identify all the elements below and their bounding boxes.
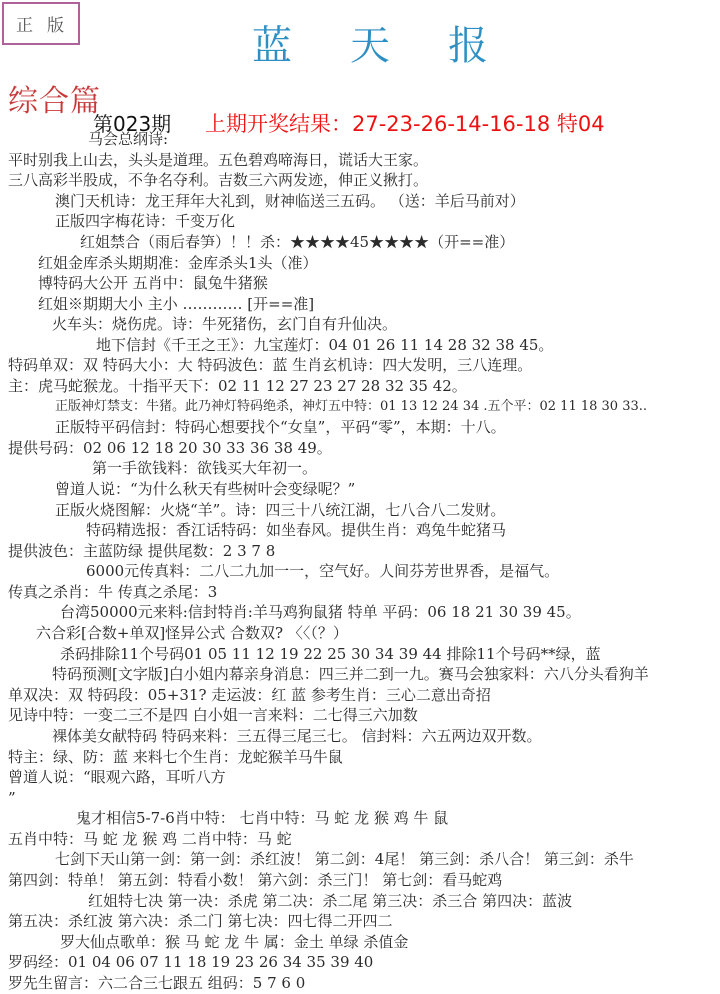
article-line: 六合彩[合数+单双]怪异公式 合数双? 〈〈（？）: [36, 622, 348, 644]
article-line: 特码单双：双 特码大小：大 特码波色：蓝 生肖玄机诗：四大发明，三八连理。: [8, 354, 532, 376]
title-char-2: 天: [350, 14, 390, 71]
article-line: 见诗中特：一变二三不是四 白小姐一言来料：二七得三六加数: [8, 704, 418, 726]
article-line: 五肖中特：马 蛇 龙 猴 鸡 二肖中特：马 蛇: [8, 828, 292, 850]
article-line: 正版特平码信封：特码心想要找个“女皇”，平码“零”，本期：十八。: [55, 416, 506, 438]
article-line: 红姐金库杀头期期准：金库杀头1头（准）: [38, 252, 318, 274]
article-line: 传真之杀肖：牛 传真之杀尾：3: [8, 581, 217, 603]
article-line: 第五决：杀红波 第六决：杀二门 第七决：四七得二开四二: [8, 910, 393, 932]
article-line: 红姐禁合（雨后春笋）！！杀：★★★★45★★★★（开==准）: [80, 231, 514, 253]
article-line: 正版神灯禁支：牛猪。此乃神灯特码绝杀，神灯五中特：01 13 12 24 34 …: [55, 396, 647, 418]
article-line: 红姐※期期大小 主小 ………… [开==准]: [38, 293, 314, 315]
article-line: 平时别我上山去，头头是道理。五色碧鸡啼海日，谎话大王家。: [8, 149, 428, 171]
article-line: 曾道人说：“为什么秋天有些树叶会变绿呢？”: [55, 478, 355, 500]
article-line: 鬼才相信5-7-6肖中特： 七肖中特：马 蛇 龙 猴 鸡 牛 鼠: [76, 807, 448, 829]
article-line: 台湾50000元来料:信封特肖:羊马鸡狗鼠猪 特单 平码：06 18 21 30…: [60, 601, 581, 623]
article-line: 三八高彩半股成，不争名夺利。吉数三六两发迹，伸正义揪打。: [8, 169, 428, 191]
article-line: 主：虎马蛇猴龙。十指平天下：02 11 12 27 23 27 28 32 35…: [8, 375, 467, 397]
article-line: 提供波色：主蓝防绿 提供尾数：2 3 7 8: [8, 540, 275, 562]
footer-line: 罗先生留言：六二合三七跟五 组码：5 7 6 0: [8, 972, 305, 994]
article-line: 七剑下天山第一剑：第一剑：杀红波！ 第二剑：4尾！ 第三剑：杀八合！ 第三剑：杀…: [55, 848, 634, 870]
article-line: 特码精选报：香江话特码：如坐春风。提供生肖：鸡兔牛蛇猪马: [86, 519, 506, 541]
article-line: 马会总纲诗:: [88, 128, 168, 150]
last-draw-result: 上期开奖结果：27-23-26-14-16-18 特04: [205, 108, 605, 138]
genuine-edition-badge: 正版: [2, 2, 80, 45]
article-line: 第四剑：特单！ 第五剑：特看小数！ 第六剑：杀三门！ 第七剑：看马蛇鸡: [8, 869, 502, 891]
article-line: 澳门天机诗：龙王拜年大礼到，财神临送三五码。 （送：羊后马前对）: [55, 190, 525, 212]
article-line: 特主：绿、防：蓝 来料七个生肖：龙蛇猴羊马牛鼠: [8, 746, 343, 768]
footer-line: 罗码经：01 04 06 07 11 18 19 23 26 34 35 39 …: [8, 951, 373, 973]
article-line: 正版四字梅花诗：千变万化: [55, 210, 235, 232]
article-line: 第一手欲钱料：欲钱买大年初一。: [92, 457, 317, 479]
title-char-3: 报: [448, 14, 488, 71]
article-line: 特码预测[文字版]白小姐内幕亲身消息：四三并二到一九。赛马会独家料：六八分头看狗…: [52, 663, 649, 685]
article-line: 杀码排除11个号码01 05 11 12 19 22 25 30 34 39 4…: [60, 643, 601, 665]
article-line: 曾道人说：“眼观六路，耳听八方: [8, 766, 226, 788]
article-line: 单双决：双 特码段：05+31? 走运波：红 蓝 参考生肖：三心二意出奇招: [8, 684, 491, 706]
article-line: 红姐特七决 第一决：杀虎 第二决：杀二尾 第三决：杀三合 第四决：蓝波: [88, 890, 572, 912]
article-line: 提供号码：02 06 12 18 20 30 33 36 38 49。: [8, 437, 332, 459]
article-line: 裸体美女献特码 特码来料：三五得三尾三七。 信封料：六五两边双开数。: [52, 725, 542, 747]
footer-line: 罗大仙点歌单：猴 马 蛇 龙 牛 属：金土 单绿 杀值金: [60, 931, 408, 953]
article-line: ”: [8, 787, 16, 809]
article-line: 6000元传真料：二八二九加一一，空气好。人间芬芳世界香，是福气。: [86, 560, 559, 582]
article-line: 博特码大公开 五肖中：鼠兔牛猪猴: [38, 272, 268, 294]
section-heading: 综合篇: [8, 76, 101, 120]
newspaper-title: 蓝 天 报: [230, 14, 510, 71]
article-line: 火车头：烧伤虎。诗：牛死猪伤，玄门自有升仙决。: [52, 313, 397, 335]
title-char-1: 蓝: [252, 14, 292, 71]
article-line: 正版火烧图解：火烧“羊”。诗：四三十八统江湖，七八合八二发财。: [55, 499, 505, 521]
article-line: 地下信封《千王之王》：九宝莲灯：04 01 26 11 14 28 32 38 …: [96, 334, 553, 356]
